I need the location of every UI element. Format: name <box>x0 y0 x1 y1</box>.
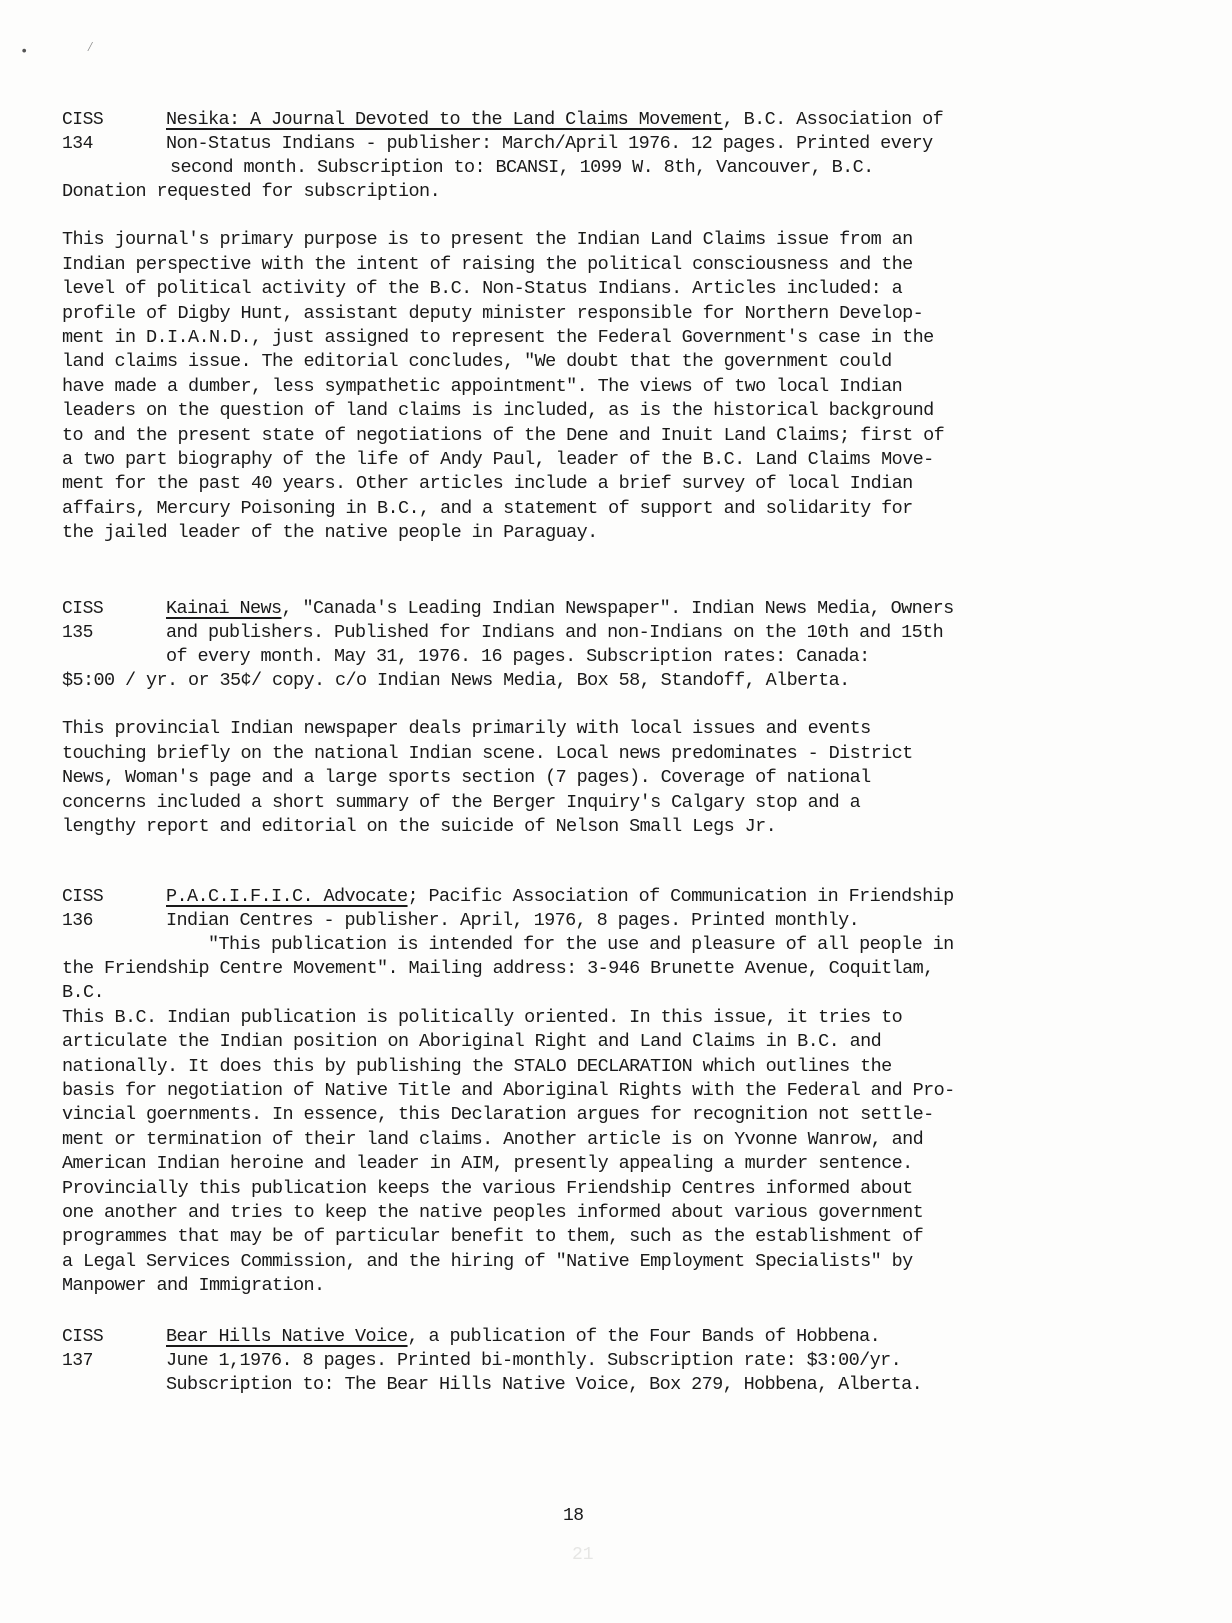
body-line: nationally. It does this by publishing t… <box>62 1055 1122 1079</box>
page-number: 18 <box>563 1506 584 1526</box>
bleed-through-page-number: 21 <box>572 1545 594 1565</box>
header-line: Indian Centres - publisher. April, 1976,… <box>166 909 1106 933</box>
code-label: CISS <box>62 885 152 909</box>
body-line: lengthy report and editorial on the suic… <box>62 815 1122 839</box>
body-line: the jailed leader of the native people i… <box>62 521 1122 545</box>
body-line: This B.C. Indian publication is politica… <box>62 1006 1122 1030</box>
body-line: ment for the past 40 years. Other articl… <box>62 472 1122 496</box>
header-line: ; Pacific Association of Communication i… <box>408 886 954 907</box>
body-line: leaders on the question of land claims i… <box>62 399 1122 423</box>
body-line: Provincially this publication keeps the … <box>62 1177 1122 1201</box>
header-line: of every month. May 31, 1976. 16 pages. … <box>166 645 1106 669</box>
body-line: B.C. <box>62 981 1122 1005</box>
body-line: one another and tries to keep the native… <box>62 1201 1122 1225</box>
entry-code: CISS 134 <box>62 108 152 156</box>
scan-speck: ⁄ <box>86 40 94 56</box>
publication-title: P.A.C.I.F.I.C. Advocate <box>166 886 408 907</box>
body-line: ment in D.I.A.N.D., just assigned to rep… <box>62 326 1122 350</box>
entry-header: P.A.C.I.F.I.C. Advocate; Pacific Associa… <box>166 885 1106 957</box>
code-label: CISS <box>62 1325 152 1349</box>
body-line: $5:00 / yr. or 35¢/ copy. c/o Indian New… <box>62 669 1122 693</box>
code-number: 136 <box>62 909 152 933</box>
body-line: This journal's primary purpose is to pre… <box>62 228 1122 252</box>
blank-line <box>62 204 1122 228</box>
entry-body: Donation requested for subscription.This… <box>62 180 1122 545</box>
body-line: a two part biography of the life of Andy… <box>62 448 1122 472</box>
entry-header: Kainai News, "Canada's Leading Indian Ne… <box>166 597 1106 669</box>
header-line: , "Canada's Leading Indian Newspaper". I… <box>282 598 954 619</box>
publication-title: Nesika: A Journal Devoted to the Land Cl… <box>166 109 723 130</box>
body-line: basis for negotiation of Native Title an… <box>62 1079 1122 1103</box>
scan-speck: • <box>20 44 28 60</box>
entry-code: CISS 135 <box>62 597 152 645</box>
body-line: affairs, Mercury Poisoning in B.C., and … <box>62 497 1122 521</box>
entry-body: $5:00 / yr. or 35¢/ copy. c/o Indian New… <box>62 669 1122 839</box>
body-line: Donation requested for subscription. <box>62 180 1122 204</box>
code-label: CISS <box>62 597 152 621</box>
header-line: "This publication is intended for the us… <box>166 933 1106 957</box>
body-line: profile of Digby Hunt, assistant deputy … <box>62 302 1122 326</box>
header-line: , a publication of the Four Bands of Hob… <box>408 1326 881 1347</box>
body-line: touching briefly on the national Indian … <box>62 742 1122 766</box>
publication-title: Kainai News <box>166 598 282 619</box>
body-line: articulate the Indian position on Aborig… <box>62 1030 1122 1054</box>
entry-header: Nesika: A Journal Devoted to the Land Cl… <box>166 108 1106 180</box>
body-line: the Friendship Centre Movement". Mailing… <box>62 957 1122 981</box>
code-label: CISS <box>62 108 152 132</box>
body-line: a Legal Services Commission, and the hir… <box>62 1250 1122 1274</box>
entry-body: the Friendship Centre Movement". Mailing… <box>62 957 1122 1298</box>
entry-header: Bear Hills Native Voice, a publication o… <box>166 1325 1106 1397</box>
body-line: land claims issue. The editorial conclud… <box>62 350 1122 374</box>
body-line: vincial goernments. In essence, this Dec… <box>62 1103 1122 1127</box>
body-line: have made a dumber, less sympathetic app… <box>62 375 1122 399</box>
header-line: second month. Subscription to: BCANSI, 1… <box>166 156 1106 180</box>
code-number: 137 <box>62 1349 152 1373</box>
code-number: 134 <box>62 132 152 156</box>
header-line: Subscription to: The Bear Hills Native V… <box>166 1373 1106 1397</box>
body-line: to and the present state of negotiations… <box>62 424 1122 448</box>
body-line: ment or termination of their land claims… <box>62 1128 1122 1152</box>
header-line: June 1,1976. 8 pages. Printed bi-monthly… <box>166 1349 1106 1373</box>
publication-title: Bear Hills Native Voice <box>166 1326 408 1347</box>
document-page: • ⁄ CISS 134 Nesika: A Journal Devoted t… <box>0 0 1232 1623</box>
body-line: News, Woman's page and a large sports se… <box>62 766 1122 790</box>
body-line: Indian perspective with the intent of ra… <box>62 253 1122 277</box>
header-line: and publishers. Published for Indians an… <box>166 621 1106 645</box>
body-line: American Indian heroine and leader in AI… <box>62 1152 1122 1176</box>
code-number: 135 <box>62 621 152 645</box>
header-line: , B.C. Association of <box>723 109 944 130</box>
entry-code: CISS 137 <box>62 1325 152 1373</box>
body-line: level of political activity of the B.C. … <box>62 277 1122 301</box>
entry-code: CISS 136 <box>62 885 152 933</box>
body-line: Manpower and Immigration. <box>62 1274 1122 1298</box>
body-line: concerns included a short summary of the… <box>62 791 1122 815</box>
header-line: Non-Status Indians - publisher: March/Ap… <box>166 132 1106 156</box>
body-line: programmes that may be of particular ben… <box>62 1225 1122 1249</box>
blank-line <box>62 693 1122 717</box>
body-line: This provincial Indian newspaper deals p… <box>62 717 1122 741</box>
